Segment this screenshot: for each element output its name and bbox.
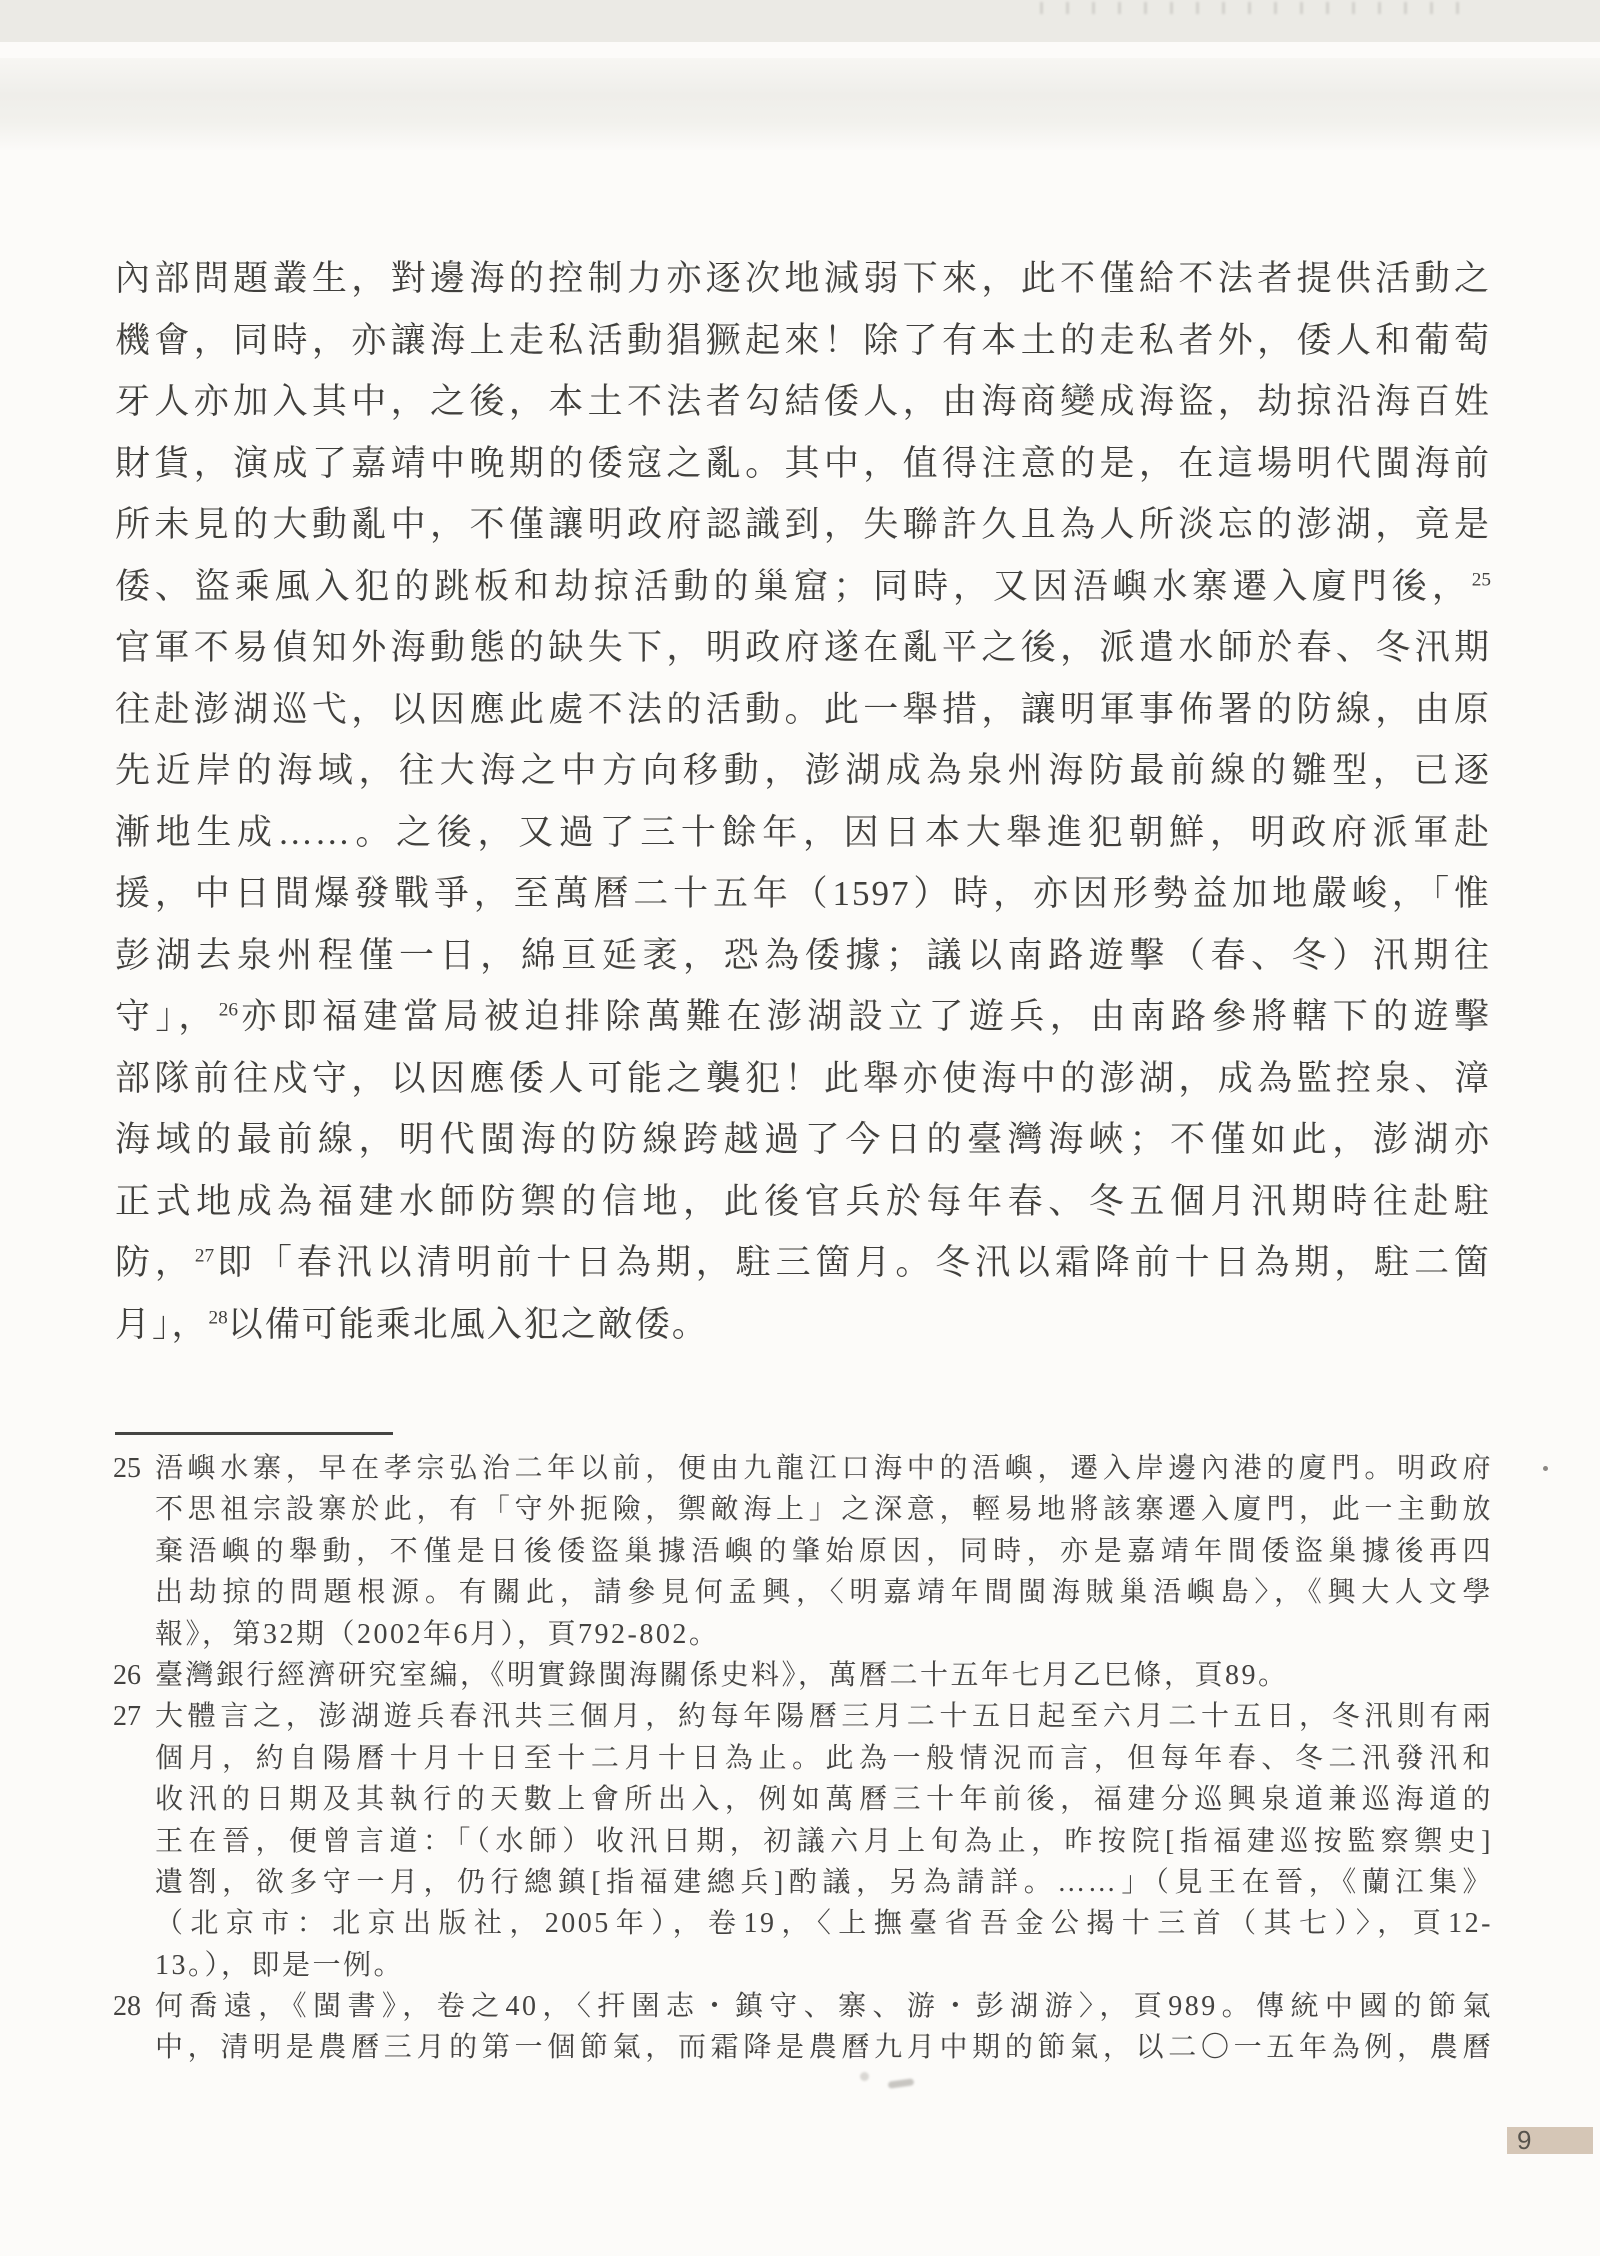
footnote-line: 棄浯嶼的舉動，不僅是日後倭盜巢據浯嶼的肇始原因，同時，亦是嘉靖年間倭盜巢據後再四 [155,1531,1493,1572]
body-line-text: 即「春汛以清明前十日為期，駐三箇月。冬汛以霜降前十日為期，駐二箇 [214,1243,1491,1282]
footnotes-section: 25 浯嶼水寨，早在孝宗弘治二年以前，便由九龍江口海中的浯嶼，遷入岸邊內港的廈門… [113,1448,1493,2069]
body-line: 月」，28以備可能乘北風入犯之敵倭。 [115,1294,1491,1356]
body-line: 所未見的大動亂中，不僅讓明政府認識到，失聯許久且為人所淡忘的澎湖，竟是 [115,494,1491,556]
footnote-26: 26 臺灣銀行經濟研究室編，《明實錄閩海關係史料》，萬曆二十五年七月乙巳條，頁8… [113,1655,1493,1696]
body-line: 守」，26亦即福建當局被迫排除萬難在澎湖設立了遊兵，由南路參將轄下的遊擊 [115,986,1491,1048]
body-line: 倭、盜乘風入犯的跳板和劫掠活動的巢窟；同時，又因浯嶼水寨遷入廈門後，25 [115,556,1491,618]
footnote-line: 大體言之，澎湖遊兵春汛共三個月，約每年陽曆三月二十五日起至六月二十五日，冬汛則有… [155,1696,1493,1737]
body-line: 部隊前往戍守，以因應倭人可能之襲犯！此舉亦使海中的澎湖，成為監控泉、漳 [115,1048,1491,1110]
body-line: 先近岸的海域，往大海之中方向移動，澎湖成為泉州海防最前線的雛型，已逐 [115,740,1491,802]
body-line-text: 月」， [115,1305,209,1344]
body-line: 正式地成為福建水師防禦的信地，此後官兵於每年春、冬五個月汛期時往赴駐 [115,1171,1491,1233]
footnote-line: 浯嶼水寨，早在孝宗弘治二年以前，便由九龍江口海中的浯嶼，遷入岸邊內港的廈門。明政… [155,1448,1493,1489]
footnote-divider [115,1432,393,1435]
footnote-ref-26: 26 [219,999,238,1020]
footnote-line: 報》，第32期（2002年6月），頁792-802。 [155,1614,1493,1655]
footnote-27: 27 大體言之，澎湖遊兵春汛共三個月，約每年陽曆三月二十五日起至六月二十五日，冬… [113,1696,1493,1986]
page-number: 9 [1517,2127,1531,2154]
footnote-number: 26 [113,1655,141,1696]
footnote-line: 不思祖宗設寨於此，有「守外扼險，禦敵海上」之深意，輕易地將該寨遷入廈門，此一主動… [155,1489,1493,1530]
body-line-text: 守」， [115,997,219,1036]
footnote-line: 臺灣銀行經濟研究室編，《明實錄閩海關係史料》，萬曆二十五年七月乙巳條，頁89。 [155,1655,1493,1696]
body-line: 官軍不易偵知外海動態的缺失下，明政府遂在亂平之後，派遣水師於春、冬汛期 [115,617,1491,679]
body-line: 往赴澎湖巡弋，以因應此處不法的活動。此一舉措，讓明軍事佈署的防線，由原 [115,679,1491,741]
footnote-28: 28 何喬遠，《閩書》，卷之40，〈扞圉志・鎮守、寨、游・彭湖游〉，頁989。傳… [113,1986,1493,2069]
footnote-line: 遺劄，欲多守一月，仍行總鎮[指福建總兵]酌議，另為請詳。……」（見王在晉，《蘭江… [155,1862,1493,1903]
body-line: 牙人亦加入其中，之後，本土不法者勾結倭人，由海商變成海盜，劫掠沿海百姓 [115,371,1491,433]
body-line: 財貨，演成了嘉靖中晚期的倭寇之亂。其中，值得注意的是，在這場明代閩海前 [115,433,1491,495]
body-line: 內部問題叢生，對邊海的控制力亦逐次地減弱下來，此不僅給不法者提供活動之 [115,248,1491,310]
scan-gray-band [0,58,1600,150]
body-line: 機會，同時，亦讓海上走私活動猖獗起來！除了有本土的走私者外，倭人和葡萄 [115,310,1491,372]
footnote-ref-27: 27 [195,1245,214,1266]
footnote-number: 25 [113,1448,141,1489]
body-line-text: 倭、盜乘風入犯的跳板和劫掠活動的巢窟；同時，又因浯嶼水寨遷入廈門後， [115,567,1472,606]
body-line: 漸地生成……。之後，又過了三十餘年，因日本大舉進犯朝鮮，明政府派軍赴 [115,802,1491,864]
footnote-line: 出劫掠的問題根源。有關此，請參見何孟興，〈明嘉靖年間閩海賊巢浯嶼島〉，《興大人文… [155,1572,1493,1613]
body-line-text: 以備可能乘北風入犯之敵倭。 [228,1305,709,1344]
body-text: 內部問題叢生，對邊海的控制力亦逐次地減弱下來，此不僅給不法者提供活動之 機會，同… [115,248,1491,1355]
footnote-number: 28 [113,1986,141,2027]
body-line-text: 亦即福建當局被迫排除萬難在澎湖設立了遊兵，由南路參將轄下的遊擊 [238,997,1491,1036]
footnote-line: 何喬遠，《閩書》，卷之40，〈扞圉志・鎮守、寨、游・彭湖游〉，頁989。傳統中國… [155,1986,1493,2027]
footnote-line: 13。），即是一例。 [155,1945,1493,1986]
body-line: 防，27即「春汛以清明前十日為期，駐三箇月。冬汛以霜降前十日為期，駐二箇 [115,1232,1491,1294]
footnote-line: 王在晉，便曾言道：「（水師）收汛日期，初議六月上旬為止，昨按院[指福建巡按監察禦… [155,1821,1493,1862]
page-number-box: 9 [1507,2127,1593,2154]
body-line-text: 防， [115,1243,195,1282]
scan-smudge-small [860,2072,869,2081]
footnote-line: （北京市：北京出版社，2005年），卷19，〈上撫臺省吾金公揭十三首（其七）〉，… [155,1903,1493,1944]
body-line: 海域的最前線，明代閩海的防線跨越過了今日的臺灣海峽；不僅如此，澎湖亦 [115,1109,1491,1171]
footnote-line: 收汛的日期及其執行的天數上會所出入，例如萬曆三十年前後，福建分巡興泉道兼巡海道的 [155,1779,1493,1820]
footnote-ref-25: 25 [1472,569,1491,590]
footnote-number: 27 [113,1696,141,1737]
footnote-25: 25 浯嶼水寨，早在孝宗弘治二年以前，便由九龍江口海中的浯嶼，遷入岸邊內港的廈門… [113,1448,1493,1655]
footnote-line: 個月，約自陽曆十月十日至十二月十日為止。此為一般情況而言，但每年春、冬二汛發汛和 [155,1738,1493,1779]
body-line: 彭湖去泉州程僅一日，綿亘延袤，恐為倭據；議以南路遊擊（春、冬）汛期往 [115,925,1491,987]
scan-edge-marks [1040,2,1460,14]
scan-dot-artifact [1543,1466,1548,1471]
body-line: 援，中日間爆發戰爭，至萬曆二十五年（1597）時，亦因形勢益加地嚴峻，「惟 [115,863,1491,925]
footnote-ref-28: 28 [209,1307,228,1328]
footnote-line: 中，清明是農曆三月的第一個節氣，而霜降是農曆九月中期的節氣，以二〇一五年為例，農… [155,2027,1493,2068]
scan-smudge [888,2078,915,2089]
